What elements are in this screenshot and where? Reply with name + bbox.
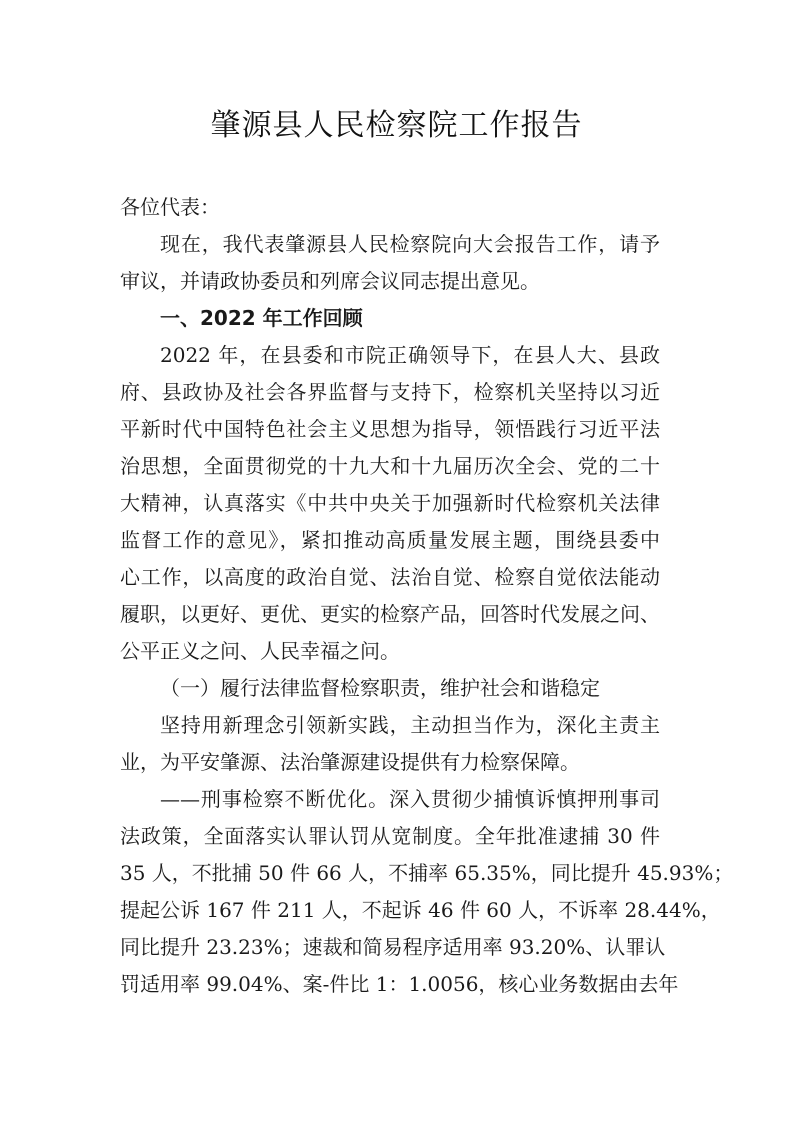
- section-heading: 一、2022 年工作回顾: [160, 300, 660, 337]
- paragraph-line: ——刑事检察不断优化。深入贯彻少捕慎诉慎押刑事司: [160, 781, 660, 818]
- paragraph-line: 坚持用新理念引领新实践，主动担当作为，深化主责主: [160, 707, 660, 744]
- paragraph-line: 监督工作的意见》，紧扣推动高质量发展主题，围绕县委中: [120, 522, 660, 559]
- document-title: 肇源县人民检察院工作报告: [0, 106, 793, 146]
- paragraph-line: 同比提升 23.23%；速裁和简易程序适用率 93.20%、认罪认: [120, 929, 660, 966]
- paragraph-line: 大精神，认真落实《中共中央关于加强新时代检察机关法律: [120, 485, 660, 522]
- paragraph-line: 公平正义之问、人民幸福之问。: [120, 633, 660, 670]
- paragraph-line: 府、县政协及社会各界监督与支持下，检察机关坚持以习近: [120, 374, 660, 411]
- paragraph-line: 治思想，全面贯彻党的十九大和十九届历次全会、党的二十: [120, 448, 660, 485]
- paragraph-line: 履职，以更好、更优、更实的检察产品，回答时代发展之问、: [120, 596, 660, 633]
- paragraph-line: 各位代表：: [120, 189, 660, 226]
- paragraph-line: 35 人，不批捕 50 件 66 人，不捕率 65.35%，同比提升 45.93…: [120, 855, 660, 892]
- paragraph-line: 2022 年，在县委和市院正确领导下，在县人大、县政: [160, 337, 660, 374]
- paragraph-line: 现在，我代表肇源县人民检察院向大会报告工作，请予: [160, 226, 660, 263]
- paragraph-line: 罚适用率 99.04%、案-件比 1：1.0056，核心业务数据由去年: [120, 966, 660, 1003]
- paragraph-line: 平新时代中国特色社会主义思想为指导，领悟践行习近平法: [120, 411, 660, 448]
- section-heading: （一）履行法律监督检察职责，维护社会和谐稳定: [160, 670, 660, 707]
- paragraph-line: 法政策，全面落实认罪认罚从宽制度。全年批准逮捕 30 件: [120, 818, 660, 855]
- paragraph-line: 审议，并请政协委员和列席会议同志提出意见。: [120, 263, 660, 300]
- paragraph-line: 业，为平安肇源、法治肇源建设提供有力检察保障。: [120, 744, 660, 781]
- paragraph-line: 提起公诉 167 件 211 人，不起诉 46 件 60 人，不诉率 28.44…: [120, 892, 660, 929]
- document-page: 肇源县人民检察院工作报告 各位代表：现在，我代表肇源县人民检察院向大会报告工作，…: [0, 0, 793, 1122]
- paragraph-line: 心工作，以高度的政治自觉、法治自觉、检察自觉依法能动: [120, 559, 660, 596]
